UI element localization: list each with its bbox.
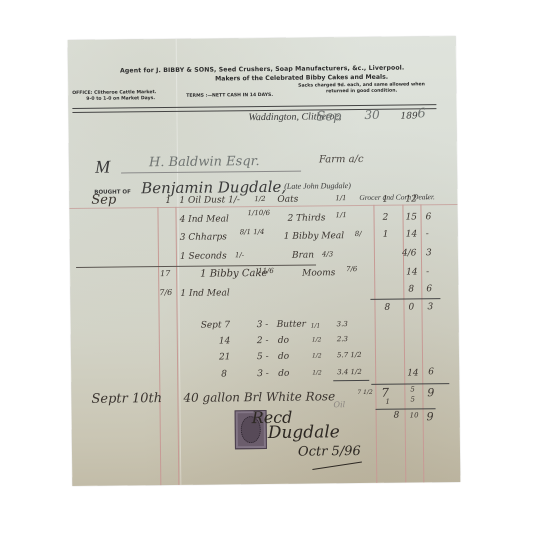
- oil-shillings-2: 5: [410, 395, 415, 403]
- entry-qty: 17: [160, 269, 170, 278]
- entry-pence: 6: [426, 284, 432, 294]
- butter-amount: 3.3: [337, 320, 348, 328]
- subtotal-rule: [370, 298, 440, 300]
- oil-rate: 7 1/2: [357, 389, 372, 396]
- invoice-paper: Agent for J. BIBBY & SONS, Seed Crushers…: [68, 36, 461, 486]
- oil-shillings: 5: [410, 385, 415, 393]
- oil-pence: 9: [427, 386, 434, 399]
- butter-amount: 2.3: [337, 335, 348, 343]
- entry-desc: 1 Ind Meal: [180, 288, 229, 299]
- column-rule-date: [157, 207, 161, 485]
- entry-desc2: Oats: [277, 195, 298, 205]
- signature-flourish: [312, 462, 362, 470]
- entry-pence: 6: [425, 212, 431, 222]
- butter-date: 14: [219, 336, 231, 346]
- office-info: OFFICE: Clitheroe Cattle Market. 9-0 to …: [72, 90, 156, 103]
- butter-qty: 5 -: [257, 352, 269, 362]
- butter-qty: 3 -: [257, 320, 269, 330]
- entry-desc2: 1 Bibby Meal: [284, 231, 344, 242]
- entry-desc: 4 Ind Meal: [180, 214, 229, 225]
- butter-total-shillings: 14: [407, 368, 419, 378]
- entry-rate: 11/6: [258, 267, 274, 275]
- receipt-signature: Dugdale: [268, 422, 340, 443]
- oil-desc: 40 gallon Brl White Rose: [183, 389, 335, 405]
- butter-rate: 1/2: [312, 352, 322, 359]
- grand-total-pounds: 8: [394, 411, 400, 421]
- ledger-row: 17 1 Bibby Cake 11/6 Mooms 7/6 14 -: [68, 36, 456, 40]
- entry-desc: 3 Chharps: [180, 232, 227, 242]
- subtotal-row: 8 0 3: [68, 36, 456, 40]
- entry-shillings: 12: [405, 194, 417, 204]
- butter-date: 21: [219, 352, 231, 362]
- oil-date: Septr 10th: [91, 391, 162, 407]
- entry-rate: 1/2: [254, 195, 265, 203]
- customer-note: Farm a/c: [319, 154, 364, 165]
- entry-shillings: 4/6: [402, 248, 417, 258]
- entry-rate2: 7/6: [346, 265, 357, 273]
- date-year-printed: 189: [400, 111, 417, 121]
- grand-total-pence: 9: [427, 410, 434, 423]
- butter-date: 8: [221, 369, 227, 379]
- makers-line: Makers of the Celebrated Bibby Cakes and…: [215, 74, 388, 83]
- butter-rate: 1/2: [312, 336, 322, 343]
- entry-pounds: 1: [383, 230, 389, 240]
- butter-row: 14 2 - do 1/2 2.3: [68, 36, 456, 40]
- column-rule-pence: [420, 204, 424, 482]
- butter-rate: 1/2: [312, 369, 322, 376]
- butter-desc: do: [278, 369, 289, 379]
- butter-date: Sept 7: [201, 320, 231, 330]
- butter-desc: do: [278, 352, 289, 362]
- entry-rate2: 8/: [355, 230, 362, 238]
- entry-rate2: 1/1: [335, 211, 346, 219]
- entry-shillings: 15: [406, 212, 418, 222]
- subtotal-pounds: 8: [384, 303, 390, 313]
- entry-shillings: 14: [406, 229, 418, 239]
- entry-rate: 8/1 1/4: [240, 228, 265, 236]
- entry-pounds: 2: [383, 213, 389, 223]
- mr-label: M: [95, 157, 110, 178]
- entry-desc2: Mooms: [302, 268, 335, 278]
- entry-rate: 1/10/6: [247, 209, 270, 217]
- customer-name: H. Baldwin Esqr.: [149, 154, 260, 170]
- grand-total-row: 8 10 9: [68, 36, 456, 40]
- ledger-crossing-rule: [76, 264, 316, 268]
- entry-desc: 1 Seconds: [180, 251, 227, 261]
- receipt-date: Octr 5/96: [298, 444, 361, 460]
- butter-total-pence: 6: [428, 367, 434, 377]
- ledger-row: 1 Seconds 1/- Bran 4/3 4/6 3: [68, 36, 456, 40]
- butter-amount: 5.7 1/2: [337, 351, 362, 359]
- butter-desc: do: [278, 336, 289, 346]
- column-rule-pounds: [373, 205, 377, 483]
- entry-pence: 3: [426, 248, 432, 258]
- entry-pence: -: [426, 267, 429, 277]
- butter-qty: 3 -: [257, 369, 269, 379]
- office-line-2: 9-0 to 1-0 on Market Days.: [72, 96, 156, 103]
- entry-desc: 1 Oil Dust 1/-: [179, 195, 240, 206]
- column-rule-shillings: [402, 205, 406, 483]
- butter-row: Sept 7 3 - Butter 1/1 3.3: [68, 36, 456, 40]
- butter-row: 8 3 - do 1/2 3.4 1/2: [68, 36, 456, 40]
- butter-desc: Butter: [277, 320, 306, 330]
- entry-shillings: 8: [408, 284, 414, 294]
- entry-pounds: 1: [382, 195, 388, 205]
- oil-note: Oil: [333, 400, 345, 409]
- butter-qty: 2 -: [257, 336, 269, 346]
- entry-rate2: 4/3: [322, 250, 333, 258]
- grand-total-shillings: 10: [410, 411, 419, 419]
- butter-amount: 3.4 1/2: [337, 368, 362, 376]
- subtotal-pence: 3: [427, 302, 433, 312]
- butter-sum-rule: [333, 380, 369, 381]
- butter-total-row: 14 6: [68, 36, 456, 40]
- date-year-digit: 6: [417, 106, 425, 121]
- entry-pence: -: [426, 229, 429, 239]
- subtotal-shillings: 0: [408, 302, 414, 312]
- oil-row: Septr 10th 40 gallon Brl White Rose Oil …: [68, 36, 456, 40]
- seller-trade: Grocer and Corn Dealer.: [359, 192, 435, 202]
- entry-qty: 7/6: [159, 288, 172, 297]
- entry-rate: 1/-: [235, 251, 244, 259]
- entry-desc2: 2 Thirds: [288, 213, 326, 223]
- sacks-note: Sacks charged 9d. each, and same allowed…: [298, 82, 425, 95]
- oil-pounds-2: 1: [385, 398, 390, 406]
- entry-pence: -: [425, 194, 428, 204]
- terms-line: TERMS :—NETT CASH IN 14 DAYS.: [186, 93, 273, 99]
- entry-rate2: 1/1: [335, 194, 346, 202]
- entry-qty: 1: [165, 196, 171, 206]
- ledger-row: 3 Chharps 8/1 1/4 1 Bibby Meal 8/ 1 14 -: [68, 36, 456, 40]
- butter-rate: 1/1: [311, 322, 321, 329]
- ledger-date: Sep: [91, 193, 116, 208]
- ledger-row: 7/6 1 Ind Meal 8 6: [68, 36, 456, 40]
- seller-late: (Late John Dugdale): [284, 181, 351, 191]
- ledger-row: 1 1 Oil Dust 1/- 1/2 Oats 1/1 1 12 -: [68, 36, 456, 40]
- customer-underline: [121, 171, 301, 174]
- entry-shillings: 14: [406, 267, 418, 277]
- butter-row: 21 5 - do 1/2 5.7 1/2: [68, 36, 456, 40]
- entry-desc2: Bran: [292, 250, 314, 260]
- date-month: Sep: [316, 109, 341, 124]
- date-day: 30: [364, 108, 379, 122]
- ledger-row: 4 Ind Meal 1/10/6 2 Thirds 1/1 2 15 6: [68, 36, 456, 40]
